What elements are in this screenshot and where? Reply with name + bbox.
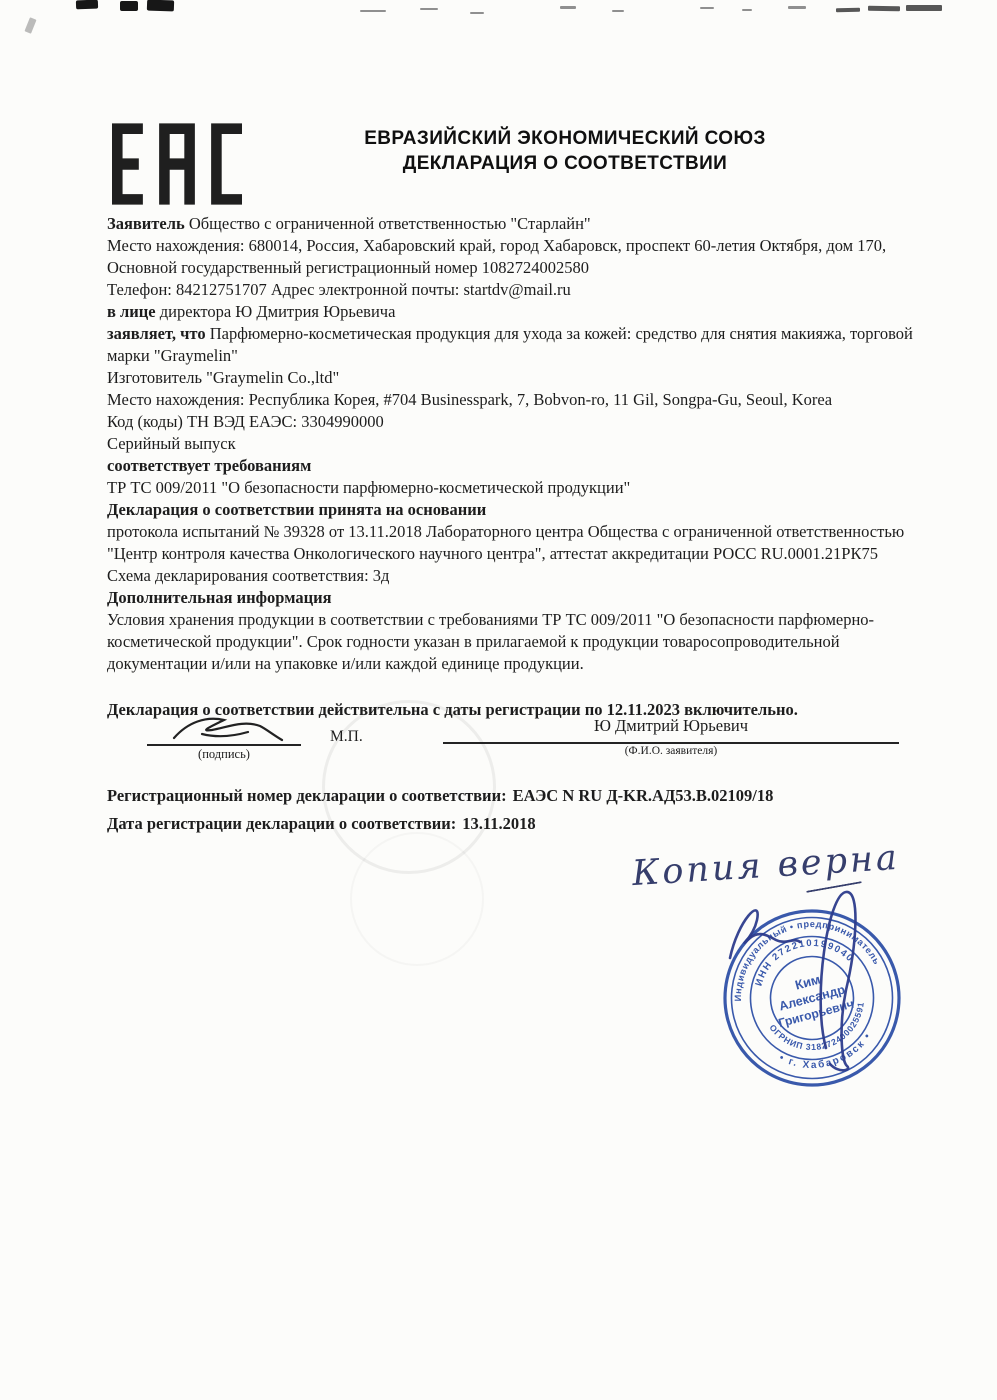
document-paragraph: Место нахождения: 680014, Россия, Хабаро… — [107, 235, 915, 279]
document-paragraph: протокола испытаний № 39328 от 13.11.201… — [107, 521, 915, 565]
document-paragraph: Декларация о соответствии принята на осн… — [107, 499, 915, 521]
eac-logo-icon — [112, 119, 242, 209]
document-title: ЕВРАЗИЙСКИЙ ЭКОНОМИЧЕСКИЙ СОЮЗ ДЕКЛАРАЦИ… — [295, 126, 835, 176]
signature-caption: (подпись) — [147, 747, 301, 762]
scan-noise — [560, 6, 576, 9]
scan-noise — [420, 8, 438, 10]
document-paragraph: ТР ТС 009/2011 "О безопасности парфюмерн… — [107, 477, 915, 499]
document-paragraph: Условия хранения продукции в соответстви… — [107, 609, 915, 675]
document-paragraph: Место нахождения: Республика Корея, #704… — [107, 389, 915, 411]
applicant-signature — [168, 712, 288, 746]
document-paragraph: Схема декларирования соответствия: 3д — [107, 565, 915, 587]
registration-date-line: Дата регистрации декларации о соответств… — [107, 814, 536, 834]
signature-line — [147, 744, 301, 746]
scan-noise — [147, 0, 174, 11]
scan-noise — [24, 17, 36, 34]
document-paragraphs: Заявитель Общество с ограниченной ответс… — [107, 213, 915, 675]
ghost-stamp-impression — [350, 832, 484, 966]
scan-noise — [700, 7, 714, 9]
scan-noise — [836, 8, 860, 12]
registration-number-value: ЕАЭС N RU Д-KR.АД53.В.02109/18 — [513, 786, 774, 805]
document-paragraph: Изготовитель "Graymelin Co.,ltd" — [107, 367, 915, 389]
handwritten-copy-note: Копия верна — [631, 838, 901, 894]
document-paragraph: заявляет, что Парфюмерно-косметическая п… — [107, 323, 915, 367]
document-paragraph: Телефон: 84212751707 Адрес электронной п… — [107, 279, 915, 301]
document-paragraph: Заявитель Общество с ограниченной ответс… — [107, 213, 915, 235]
stamp-place-label: М.П. — [330, 728, 363, 746]
title-line-2: ДЕКЛАРАЦИЯ О СООТВЕТСТВИИ — [295, 151, 835, 176]
scan-noise — [120, 1, 138, 11]
applicant-name-line — [443, 742, 899, 744]
registration-date-value: 13.11.2018 — [462, 814, 535, 833]
notary-stamp: Индивидуальный • предприниматель • г. Ха… — [720, 906, 904, 1090]
scan-noise — [868, 6, 900, 12]
document-paragraph: соответствует требованиям — [107, 455, 915, 477]
applicant-name-caption: (Ф.И.О. заявителя) — [443, 745, 899, 757]
scanned-declaration-document: ЕВРАЗИЙСКИЙ ЭКОНОМИЧЕСКИЙ СОЮЗ ДЕКЛАРАЦИ… — [0, 0, 997, 1400]
scan-noise — [742, 9, 752, 11]
scan-noise — [76, 0, 98, 9]
document-paragraph: в лице директора Ю Дмитрия Юрьевича — [107, 301, 915, 323]
registration-date-label: Дата регистрации декларации о соответств… — [107, 814, 456, 833]
scan-noise — [788, 6, 806, 9]
registration-number-line: Регистрационный номер декларации о соотв… — [107, 786, 773, 806]
scan-noise — [906, 5, 942, 11]
registration-number-label: Регистрационный номер декларации о соотв… — [107, 786, 507, 805]
applicant-name: Ю Дмитрий Юрьевич — [443, 716, 899, 736]
title-line-1: ЕВРАЗИЙСКИЙ ЭКОНОМИЧЕСКИЙ СОЮЗ — [295, 126, 835, 151]
document-paragraph: Дополнительная информация — [107, 587, 915, 609]
scan-noise — [612, 10, 624, 12]
document-paragraph: Код (коды) ТН ВЭД ЕАЭС: 3304990000 — [107, 411, 915, 433]
document-paragraph: Серийный выпуск — [107, 433, 915, 455]
scan-noise — [470, 12, 484, 14]
scan-noise — [360, 10, 386, 12]
